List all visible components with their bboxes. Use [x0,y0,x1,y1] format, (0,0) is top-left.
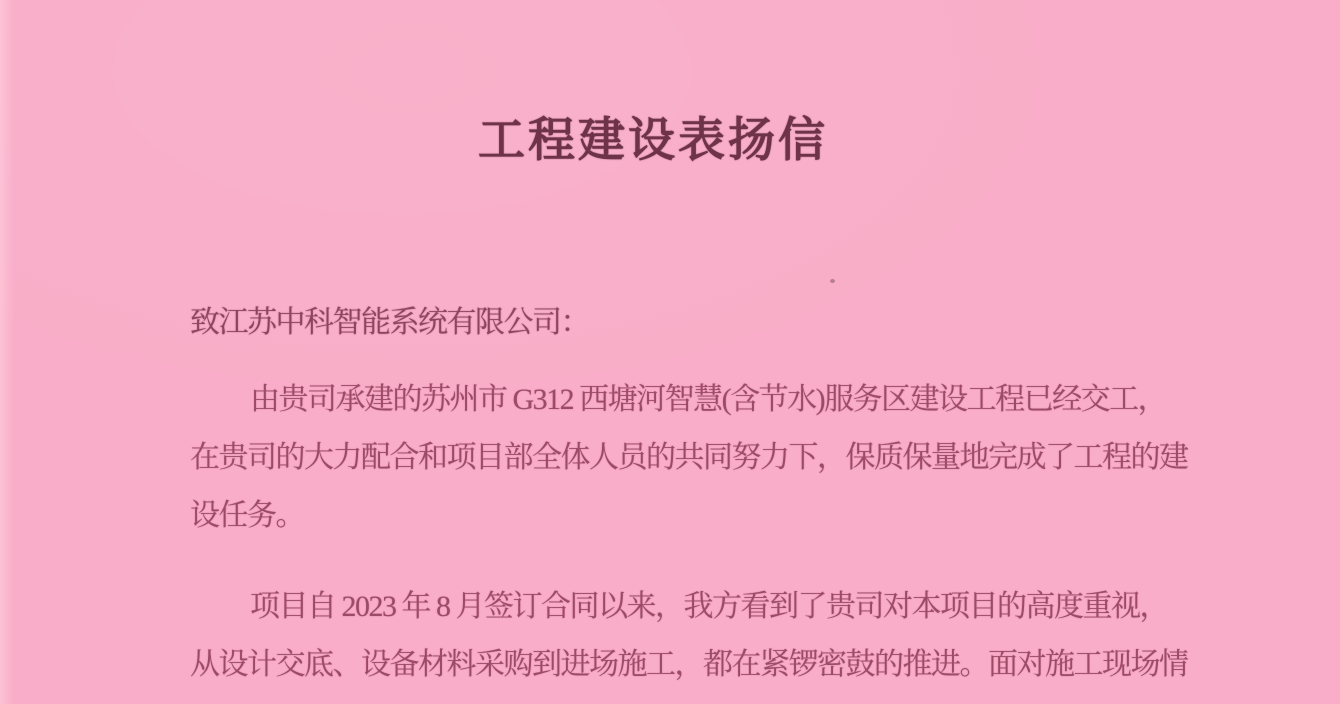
salutation-line: 致江苏中科智能系统有限公司： [190,294,1165,352]
paragraph-line: 设任务。 [190,487,1165,545]
paragraph-line: 在贵司的大力配合和项目部全体人员的共同努力下，保质保量地完成了工程的建 [190,429,1165,487]
paragraph-line: 项目自 2023 年 8 月签订合同以来，我方看到了贵司对本项目的高度重视， [190,578,1165,636]
scanned-letter-page: 工程建设表扬信 致江苏中科智能系统有限公司： 由贵司承建的苏州市 G312 西塘… [0,0,1340,704]
letter-body: 致江苏中科智能系统有限公司： 由贵司承建的苏州市 G312 西塘河智慧(含节水)… [190,294,1165,694]
letter-title: 工程建设表扬信 [0,118,1306,165]
paragraph-line: 从设计交底、设备材料采购到进场施工，都在紧锣密鼓的推进。面对施工现场情 [190,636,1165,694]
scan-artifact-speck [830,279,835,283]
paragraph-line: 由贵司承建的苏州市 G312 西塘河智慧(含节水)服务区建设工程已经交工， [190,371,1165,429]
